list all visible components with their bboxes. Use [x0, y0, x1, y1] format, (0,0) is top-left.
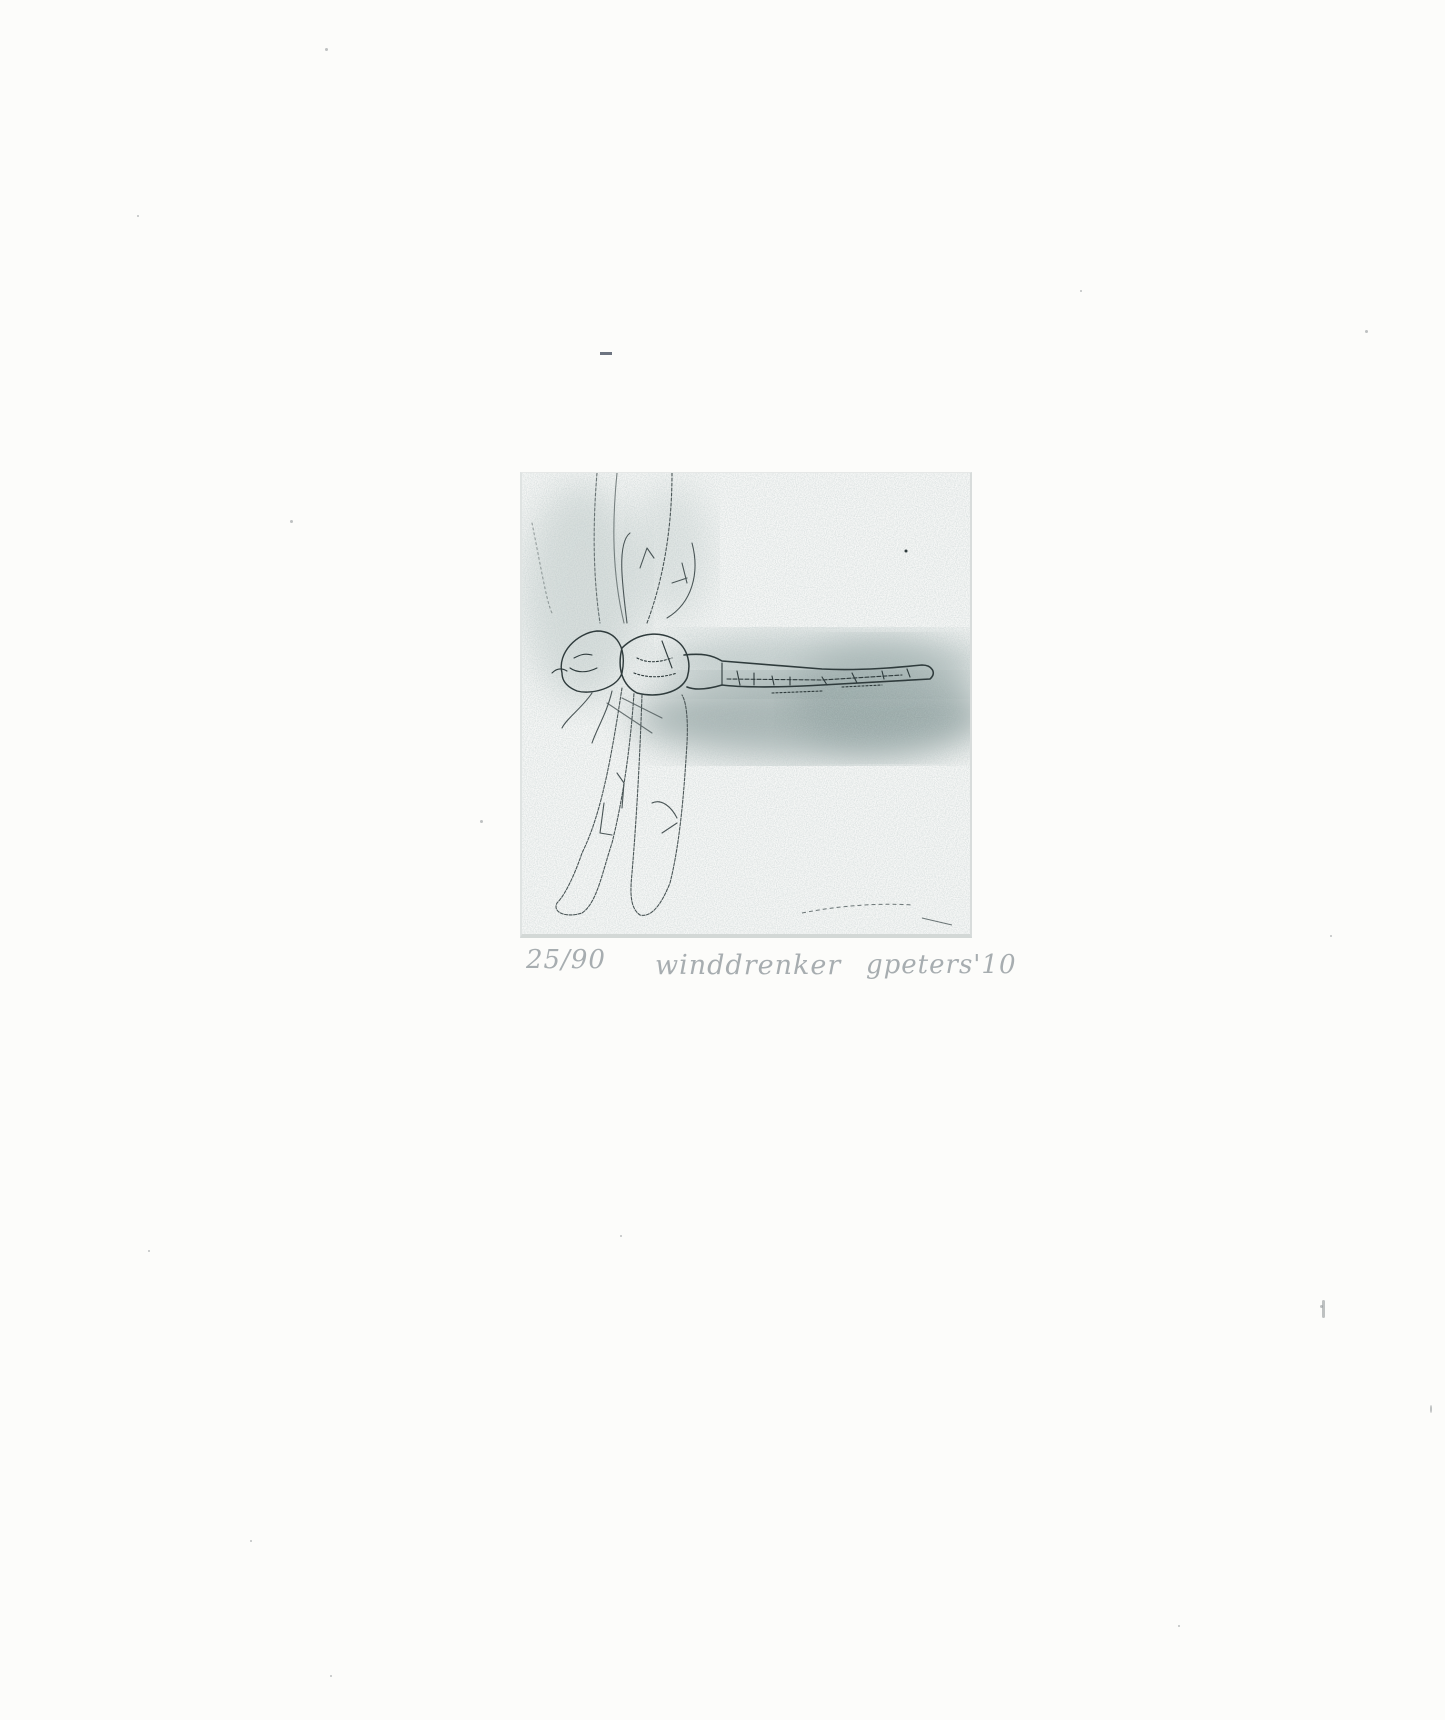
paper-speck — [1178, 1625, 1180, 1627]
paper-speck — [1322, 1300, 1325, 1318]
artwork-title: winddrenker — [655, 950, 841, 981]
aquatint-tone — [522, 473, 972, 938]
paper-speck — [250, 1540, 252, 1542]
paper-speck — [480, 820, 483, 823]
paper-speck — [1330, 935, 1332, 937]
edition-number: 25/90 — [526, 945, 606, 975]
paper-speck — [325, 48, 328, 51]
paper-mark — [600, 352, 612, 355]
paper-speck — [330, 1675, 332, 1677]
etching-plate — [520, 472, 972, 938]
dragonfly-etching — [522, 473, 972, 938]
paper-speck — [1080, 290, 1082, 292]
paper-speck — [1365, 330, 1368, 333]
paper-speck — [290, 520, 293, 523]
ink-dot — [905, 550, 908, 553]
paper-speck — [620, 1235, 622, 1237]
paper-speck — [137, 215, 139, 217]
paper-speck — [148, 1250, 150, 1252]
paper-speck — [1430, 1405, 1432, 1413]
artist-signature: gpeters'10 — [866, 950, 1017, 980]
